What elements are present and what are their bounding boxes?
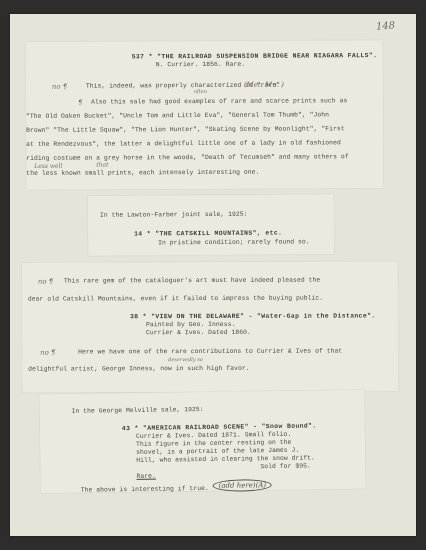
lawton-farber-heading: In the Lawton-Farber joint sale, 1925: — [100, 211, 248, 220]
insert-deservedly-so: deservedly so — [168, 357, 203, 363]
margin-mark-no-paragraph-3: no ¶ — [40, 349, 55, 357]
pasted-strip-1: 537 * "THE RAILROAD SUSPENSION BRIDGE NE… — [26, 40, 384, 190]
lot-38-title: 38 * "VIEW ON THE DELAWARE" - "Water-Gap… — [130, 312, 376, 321]
pasted-strip-4: In the George Melville sale, 1925: 43 * … — [39, 390, 365, 494]
paragraph-2-line-3: Brown" "The Little Squaw", "The Lion Hun… — [26, 125, 345, 135]
pasted-strip-3: no ¶ This rare gem of the cataloguer's a… — [22, 261, 398, 392]
paragraph-2-line-1: Also this sale had good examples of rare… — [91, 97, 347, 106]
insert-that: that — [96, 162, 108, 169]
paragraph-2-line-2: "The Old Oaken Bucket", "Uncle Tom and L… — [26, 111, 329, 121]
inness-para-line-1: Here we have one of the rare contributio… — [78, 348, 342, 357]
lot-14-title: 14 * "THE CATSKILL MOUNTAINS", etc. — [134, 230, 282, 239]
page-number: 148 — [376, 20, 396, 32]
paragraph-2-line-6: the less known small prints, each intens… — [26, 169, 259, 178]
catskill-para-line-2: dear old Catskill Mountains, even if it … — [28, 295, 323, 304]
margin-mark-paragraph: ¶ — [78, 99, 83, 107]
lot-38-detail-2: Currier & Ives. Dated 1860. — [146, 329, 251, 337]
lot-43-detail-6: Rare. — [136, 473, 156, 481]
paragraph-2-line-4: at the Rendezvous", the latter a delight… — [26, 139, 341, 149]
insert-often: often — [194, 89, 207, 95]
lot-43-detail-5: Sold for $95. — [260, 462, 311, 471]
inness-para-line-2: delightful artist, George Inness, now in… — [28, 365, 249, 374]
lot-537-title: 537 * "THE RAILROAD SUSPENSION BRIDGE NE… — [132, 52, 378, 61]
lot-537-detail: N. Currier. 1856. Rare. — [156, 61, 245, 69]
catskill-para-line-1: This rare gem of the cataloguer's art mu… — [64, 277, 320, 286]
paragraph-2-line-5: riding costume on a grey horse in the wo… — [26, 153, 349, 163]
lot-14-detail: In pristine condition; rarely found so. — [158, 238, 310, 247]
annotation-met-museum: (Met. Mu. ) — [244, 81, 284, 89]
margin-mark-no-paragraph-2: no ¶ — [38, 278, 53, 286]
annotation-add-here: (add here)(A) — [213, 479, 273, 492]
melville-heading: In the George Melville sale, 1925: — [72, 406, 204, 416]
pasted-strip-2: In the Lawton-Farber joint sale, 1925: 1… — [88, 194, 334, 256]
margin-mark-no-paragraph: no ¶ — [52, 83, 67, 91]
